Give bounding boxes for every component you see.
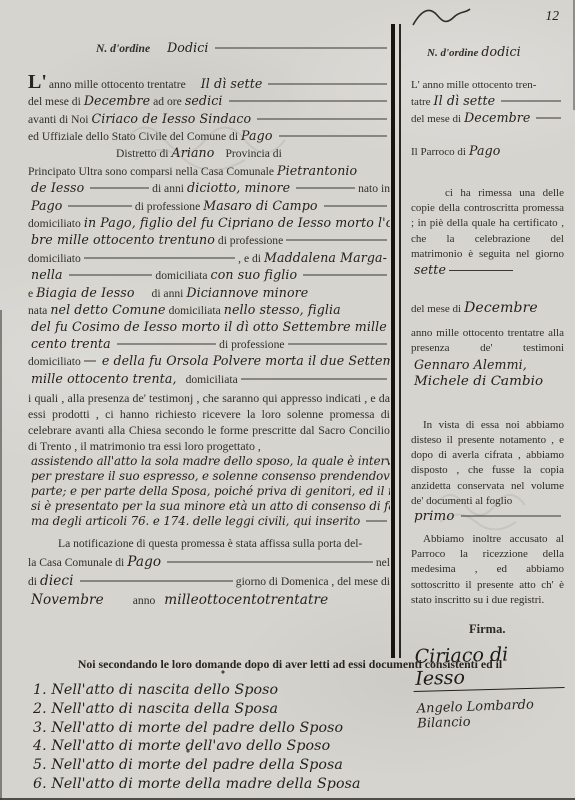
- handwritten-entry: del fu Cosimo de Iesso morto il dì otto …: [28, 319, 390, 335]
- spacer: [28, 156, 116, 157]
- printed-text: ad ore: [153, 94, 182, 110]
- printed-text: del mese di: [411, 111, 461, 127]
- document-line: Michele di Cambio: [411, 374, 564, 394]
- printed-text: giorno di Domenica , del mese di: [236, 572, 390, 591]
- fill-dash: [69, 275, 153, 276]
- handwritten-entry: Pago: [466, 143, 503, 159]
- fill-dash: [536, 118, 561, 119]
- printed-text: di professione: [218, 233, 283, 249]
- printed-text: di anni: [152, 286, 184, 302]
- handwritten-entry: bre mille ottocento trentuno: [28, 232, 218, 248]
- handwritten-entry: Decembre: [81, 93, 153, 109]
- document-line: del mese diDecembread oresedici: [28, 93, 390, 110]
- printed-text: L': [28, 74, 47, 90]
- printed-text: nata: [28, 303, 47, 319]
- printed-text: del mese di: [411, 301, 461, 317]
- handwritten-entry: nel detto Comune: [47, 302, 168, 318]
- document-line: L'anno mille ottocento trentatreIl dì se…: [28, 74, 390, 93]
- document-line: N. d'ordineDodici: [28, 40, 390, 57]
- document-line: mille ottocento trenta,domiciliata: [28, 371, 390, 388]
- printed-text: di: [28, 572, 37, 591]
- printed-text: domiciliato: [28, 216, 81, 232]
- handwritten-entry: Pietrantonio: [274, 163, 360, 179]
- fill-dash: [80, 581, 233, 582]
- handwritten-entry: 3. Nell'atto di morte del padre dello Sp…: [30, 719, 346, 738]
- document-line: Distretto diArianoProvincia di: [28, 145, 390, 162]
- document-line: domiciliatoe della fu Orsola Polvere mor…: [28, 353, 390, 370]
- printed-text: avanti di Noi: [28, 112, 89, 128]
- act-fill-in-lines: N. d'ordineDodiciL'anno mille ottocento …: [28, 40, 390, 388]
- handwritten-entry: Novembre: [28, 591, 107, 610]
- handwritten-entry: Dodici: [164, 40, 211, 56]
- fill-dash: [296, 188, 355, 189]
- document-line: [411, 127, 564, 143]
- handwritten-entry: sette: [411, 262, 449, 277]
- spacer: [411, 55, 427, 56]
- documents-section: Noi secondando le loro domande dopo di a…: [22, 657, 558, 794]
- handwritten-entry: nella: [28, 267, 66, 283]
- fill-dash: [84, 361, 96, 362]
- spacer: [138, 296, 152, 297]
- document-line: [28, 57, 390, 73]
- printed-text: domiciliata: [155, 268, 207, 284]
- vista-paragraph: In vista di essa noi abbiamo disteso il …: [411, 418, 564, 509]
- spacer: [28, 51, 96, 52]
- document-line: 2. Nell'atto di nascita della Sposa: [30, 700, 558, 719]
- handwritten-entry: dodici: [478, 44, 523, 60]
- printed-text: tatre: [411, 94, 431, 110]
- witness-name-line: Michele di Cambio: [411, 374, 564, 394]
- handwritten-entry: milleottocentotrentatre: [161, 591, 331, 610]
- fill-dash: [279, 136, 387, 137]
- handwritten-entry: 5. Nell'atto di morte del padre della Sp…: [30, 756, 346, 775]
- notification-lines: La notificazione di questa promessa è st…: [28, 534, 390, 610]
- printed-text: nel: [376, 553, 390, 572]
- handwritten-entry: Il dì sette: [198, 76, 266, 92]
- handwritten-entry: nello stesso, figlia: [221, 302, 344, 318]
- handwritten-entry: per prestare il suo espresso, e solenne …: [28, 469, 390, 484]
- documents-list: 1. Nell'atto di nascita dello Sposo2. Ne…: [30, 681, 558, 794]
- documents-intro: Noi secondando le loro domande dopo di a…: [22, 657, 558, 672]
- handwritten-entry: in Pago, figlio del fu Cipriano de Iesso…: [81, 215, 390, 231]
- printed-text: , e di: [238, 251, 261, 267]
- consent-handwritten-paragraph: assistendo all'atto la sola madre dello …: [28, 454, 390, 529]
- handwritten-entry: Diciannove minore: [183, 285, 311, 301]
- printed-text: ed Uffiziale dello Stato Civile del Comu…: [28, 129, 238, 145]
- document-line: del mese diDecembre: [411, 300, 564, 317]
- document-line: 1. Nell'atto di nascita dello Sposo: [30, 681, 558, 700]
- fill-dash: [303, 275, 387, 276]
- spacer: [186, 87, 198, 88]
- fill-dash: [241, 378, 387, 379]
- handwritten-entry: 4. Nell'atto di morte dell'avo dello Spo…: [30, 737, 333, 756]
- document-line: natanel detto Comunedomiciliatanello ste…: [28, 302, 390, 319]
- document-line: Il Parroco diPago: [411, 143, 564, 160]
- document-line: per prestare il suo espresso, e solenne …: [28, 469, 390, 484]
- document-line: domiciliato, e diMaddalena Marga-: [28, 250, 390, 267]
- handwritten-entry: 2. Nell'atto di nascita della Sposa: [30, 700, 281, 719]
- document-line: Novembreannomilleottocentotrentatre: [28, 591, 390, 610]
- handwritten-entry: 6. Nell'atto di morte della madre della …: [30, 775, 364, 794]
- printed-text: di professione: [219, 337, 284, 353]
- fill-dash: [366, 521, 387, 522]
- document-line: Pagodi professioneMasaro di Campo: [28, 198, 390, 215]
- document-line: cento trentadi professione: [28, 336, 390, 353]
- printed-text: del mese di: [28, 94, 81, 110]
- witness-name: Gennaro Alemmi,: [411, 357, 530, 372]
- column-divider-thin: [399, 24, 401, 658]
- fill-dash: [288, 343, 387, 344]
- document-line: ed Uffiziale dello Stato Civile del Comu…: [28, 128, 390, 145]
- parish-margin-column: N. d'ordinedodiciL' anno mille ottocento…: [411, 44, 564, 730]
- handwritten-entry: e della fu Orsola Polvere morta il due S…: [99, 353, 390, 369]
- fill-dash: [90, 188, 149, 189]
- document-line: assistendo all'atto la sola madre dello …: [28, 454, 390, 469]
- firma-label: Firma.: [469, 622, 564, 637]
- main-act-column: N. d'ordineDodiciL'anno mille ottocento …: [28, 40, 390, 610]
- fill-dash: [449, 270, 513, 271]
- printed-text: domiciliata: [169, 303, 221, 319]
- document-line: del fu Cosimo de Iesso morto il dì otto …: [28, 319, 390, 335]
- handwritten-entry: de Iesso: [28, 180, 87, 196]
- fill-dash: [117, 343, 216, 344]
- handwritten-entry: mille ottocento trenta,: [28, 371, 180, 387]
- document-line: 6. Nell'atto di morte della madre della …: [30, 775, 558, 794]
- ink-flourish: [410, 5, 474, 33]
- handwritten-entry: Masaro di Campo: [200, 198, 320, 214]
- fill-dash: [215, 48, 387, 49]
- printed-text: La notificazione di questa promessa è st…: [58, 534, 362, 553]
- handwritten-entry: Pago: [28, 198, 65, 214]
- witness-paragraph: anno mille ottocento trentatre alla pres…: [411, 326, 564, 374]
- handwritten-entry: Biagia de Iesso: [33, 285, 137, 301]
- handwritten-entry: Maddalena Marga-: [261, 250, 390, 266]
- printed-text: domiciliata: [186, 372, 238, 388]
- spacer: [28, 546, 58, 547]
- printed-text: la Casa Comunale di: [28, 553, 124, 572]
- printed-text: domiciliato: [28, 354, 81, 370]
- handwritten-entry: Pago: [238, 128, 275, 144]
- document-line: de Iessodi annidiciotto, minorenato in: [28, 180, 390, 197]
- document-line: domiciliatoin Pago, figlio del fu Cipria…: [28, 215, 390, 232]
- handwritten-entry: Ariano: [169, 145, 218, 161]
- handwritten-entry: 1. Nell'atto di nascita dello Sposo: [30, 681, 281, 700]
- registry-document-page: 12 N. d'ordineDodiciL'anno mille ottocen…: [0, 0, 575, 800]
- printed-text: di professione: [135, 199, 200, 215]
- document-line: Principato Ultra sono comparsi nella Cas…: [28, 163, 390, 180]
- handwritten-entry: con suo figlio: [208, 267, 301, 283]
- document-line: ma degli articoli 76. e 174. delle leggi…: [28, 514, 390, 529]
- request-paragraph: i quali , alla presenza de' testimonj , …: [28, 391, 390, 454]
- handwritten-entry: parte; e per parte della Sposa, poiché p…: [28, 484, 390, 499]
- printed-text: ci ha rimessa una delle copie della cont…: [411, 187, 564, 260]
- fill-dash: [257, 118, 387, 119]
- fill-dash: [286, 240, 387, 241]
- handwritten-entry: ma degli articoli 76. e 174. delle leggi…: [28, 514, 363, 529]
- printed-text: domiciliato: [28, 251, 81, 267]
- document-line: si è presentato per la sua minore età un…: [28, 499, 390, 514]
- handwritten-entry: Decembre: [461, 110, 533, 126]
- document-line: del mese diDecembre: [411, 110, 564, 127]
- document-line: nelladomiciliatacon suo figlio: [28, 267, 390, 284]
- document-line: [411, 61, 564, 77]
- fill-dash: [167, 562, 373, 563]
- fill-dash: [461, 516, 561, 517]
- document-line: eBiagia de Iessodi anniDiciannove minore: [28, 285, 390, 302]
- handwritten-entry: Decembre: [461, 300, 541, 316]
- document-line: tatreIl dì sette: [411, 93, 564, 110]
- document-line: la Casa Comunale diPagonel: [28, 553, 390, 572]
- handwritten-entry: cento trenta: [28, 336, 114, 352]
- printed-text: di anni: [152, 181, 184, 197]
- margin-head-lines: N. d'ordinedodiciL' anno mille ottocento…: [411, 44, 564, 160]
- document-line: 3. Nell'atto di morte del padre dello Sp…: [30, 719, 558, 738]
- folio-entry-line: primo: [411, 509, 564, 525]
- scan-edge-left: [0, 310, 2, 800]
- handwritten-entry: Pago: [124, 553, 164, 572]
- month-line: del mese diDecembre: [411, 300, 564, 317]
- handwritten-entry: Michele di Cambio: [411, 374, 546, 390]
- handwritten-entry: assistendo all'atto la sola madre dello …: [28, 454, 390, 469]
- column-divider-thick: [391, 24, 395, 658]
- handwritten-entry: Ciriaco de Iesso Sindaco: [89, 111, 255, 127]
- handwritten-entry: primo: [411, 509, 458, 525]
- handwritten-entry: si è presentato per la sua minore età un…: [28, 499, 390, 514]
- accuse-paragraph: Abbiamo inoltre accusato al Parroco la r…: [411, 532, 564, 608]
- document-line: 4. Nell'atto di morte dell'avo dello Spo…: [30, 737, 558, 756]
- fill-dash: [84, 257, 235, 258]
- spacer: [150, 51, 164, 52]
- handwritten-entry: dieci: [37, 572, 77, 591]
- printed-text: Principato Ultra sono comparsi nella Cas…: [28, 164, 274, 180]
- printed-text: Distretto di: [116, 146, 169, 162]
- fill-dash: [501, 101, 561, 102]
- document-line: bre mille ottocento trentunodi professio…: [28, 232, 390, 249]
- printed-text: Il Parroco di: [411, 144, 466, 160]
- handwritten-entry: Il dì sette: [431, 93, 499, 109]
- document-line: L' anno mille ottocento tren-: [411, 77, 564, 93]
- printed-text: anno mille ottocento trentatre: [49, 77, 186, 93]
- fill-dash: [268, 83, 387, 84]
- printed-text: anno: [133, 591, 156, 610]
- spacer: [217, 156, 225, 157]
- document-line: avanti di NoiCiriaco de Iesso Sindaco: [28, 111, 390, 128]
- printed-text: Provincia di: [225, 146, 281, 162]
- document-line: 5. Nell'atto di morte del padre della Sp…: [30, 756, 558, 775]
- printed-text: N. d'ordine: [96, 41, 150, 57]
- printed-text: L' anno mille ottocento tren-: [411, 77, 536, 93]
- remit-paragraph: ci ha rimessa una delle copie della cont…: [411, 186, 564, 279]
- folio-number: 12: [546, 8, 560, 24]
- spacer: [107, 603, 133, 604]
- fill-dash: [68, 205, 131, 206]
- fill-dash: [229, 101, 388, 102]
- handwritten-entry: diciotto, minore: [184, 180, 293, 196]
- handwritten-entry: sedici: [182, 93, 226, 109]
- document-line: parte; e per parte della Sposa, poiché p…: [28, 484, 390, 499]
- document-line: didiecigiorno di Domenica , del mese di: [28, 572, 390, 591]
- document-line: La notificazione di questa promessa è st…: [28, 534, 390, 553]
- document-line: N. d'ordinedodici: [411, 44, 564, 61]
- printed-text: nato in: [358, 181, 390, 197]
- printed-text: N. d'ordine: [427, 45, 478, 61]
- document-line: primo: [411, 509, 564, 525]
- fill-dash: [324, 205, 387, 206]
- printed-text: anno mille ottocento trentatre alla pres…: [411, 327, 564, 354]
